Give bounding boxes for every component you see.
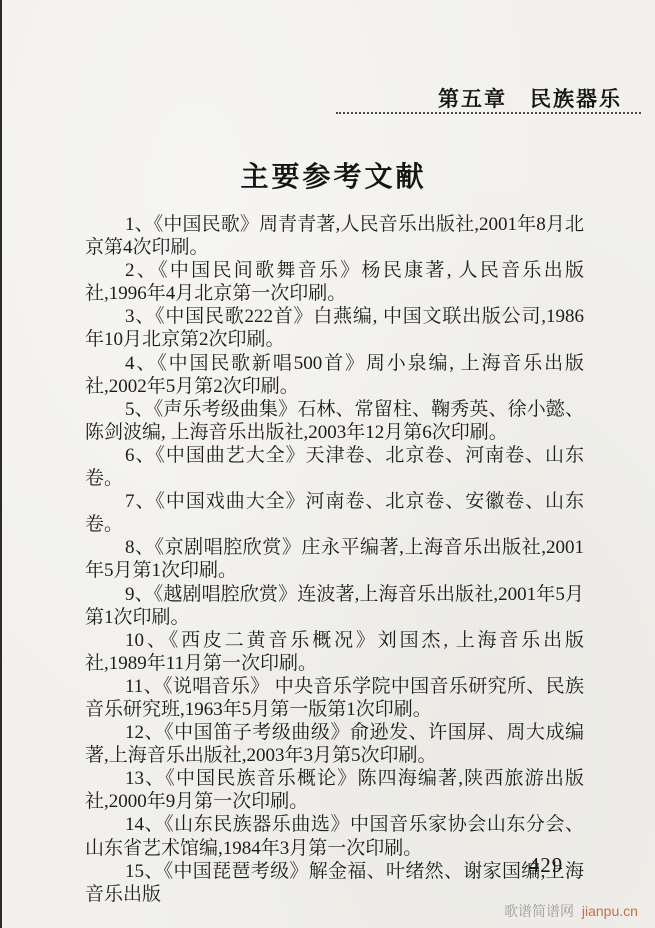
reference-item-7: 7、《中国戏曲大全》河南卷、北京卷、安徽卷、山东卷。 [85, 490, 584, 536]
reference-item-5: 5、《声乐考级曲集》石林、常留柱、鞠秀英、徐小懿、陈剑波编, 上海音乐出版社,2… [85, 398, 584, 444]
page-number: 429 [515, 853, 577, 878]
watermark: 歌谱简谱网 jianpu.cn [504, 901, 638, 921]
reference-item-4: 4、《中国民歌新唱500首》周小泉编, 上海音乐出版社,2002年5月第2次印刷… [85, 352, 584, 398]
reference-item-10: 10、《西皮二黄音乐概况》刘国杰, 上海音乐出版社,1989年11月第一次印刷。 [85, 629, 584, 675]
scan-edge [0, 0, 2, 928]
reference-item-15: 15、《中国琵琶考级》解金福、叶绪然、谢家国编,上海音乐出版 [85, 860, 584, 906]
reference-item-6: 6、《中国曲艺大全》天津卷、北京卷、河南卷、山东卷。 [85, 444, 584, 490]
book-page: 第五章 民族器乐 主要参考文献 1、《中国民歌》周青青著,人民音乐出版社,200… [0, 0, 655, 928]
reference-item-14: 14、《山东民族器乐曲选》中国音乐家协会山东分会、 山东省艺术馆编,1984年3… [85, 813, 584, 859]
reference-item-9: 9、《越剧唱腔欣赏》连波著,上海音乐出版社,2001年5月第1次印刷。 [85, 583, 584, 629]
watermark-site-name: 歌谱简谱网 [504, 903, 574, 919]
header-divider [336, 104, 641, 114]
reference-item-3: 3、《中国民歌222首》白燕编, 中国文联出版公司,1986年10月北京第2次印… [85, 305, 584, 351]
reference-item-2: 2、《中国民间歌舞音乐》杨民康著, 人民音乐出版社,1996年4月北京第一次印刷… [85, 259, 584, 305]
watermark-site-url: jianpu.cn [582, 903, 638, 919]
page-title: 主要参考文献 [85, 155, 582, 195]
reference-item-1: 1、《中国民歌》周青青著,人民音乐出版社,2001年8月北京第4次印刷。 [85, 213, 584, 259]
reference-item-12: 12、《中国笛子考级曲级》俞逊发、许国屏、周大成编著,上海音乐出版社,2003年… [85, 721, 584, 767]
reference-item-11: 11、《说唱音乐》 中央音乐学院中国音乐研究所、民族音乐研究班,1963年5月第… [85, 675, 584, 721]
reference-item-8: 8、《京剧唱腔欣赏》庄永平编著,上海音乐出版社,2001年5月第1次印刷。 [85, 536, 584, 582]
reference-list: 1、《中国民歌》周青青著,人民音乐出版社,2001年8月北京第4次印刷。 2、《… [85, 213, 584, 906]
reference-item-13: 13、《中国民族音乐概论》陈四海编著,陕西旅游出版社,2000年9月第一次印刷。 [85, 767, 584, 813]
